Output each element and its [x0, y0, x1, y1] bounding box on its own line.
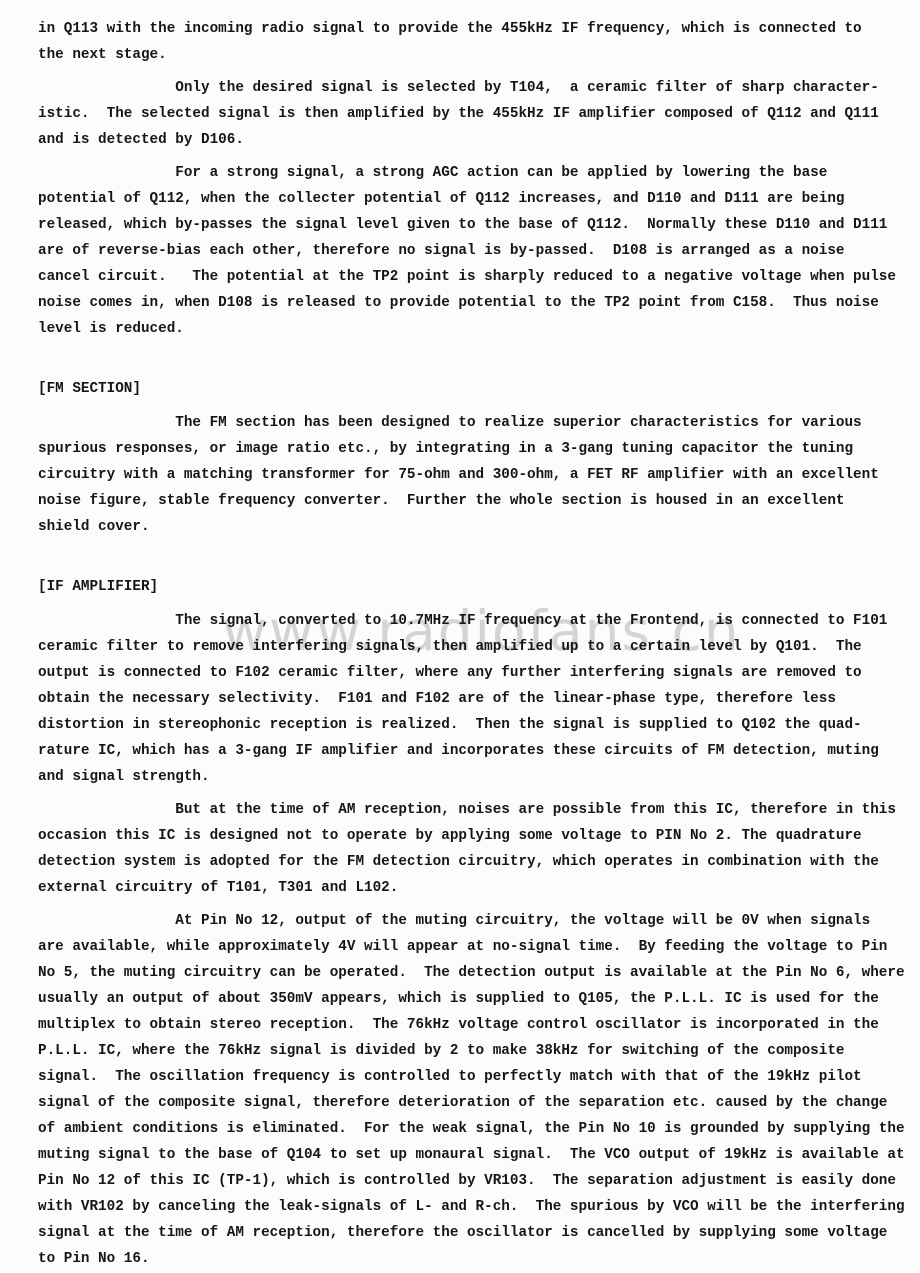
section-heading: [IF AMPLIFIER]: [38, 574, 920, 600]
text-line: signal at the time of AM reception, ther…: [38, 1220, 920, 1246]
text-line: level is reduced.: [38, 316, 920, 342]
text-line: in Q113 with the incoming radio signal t…: [38, 16, 920, 42]
text-line: output is connected to F102 ceramic filt…: [38, 660, 920, 686]
paragraph: For a strong signal, a strong AGC action…: [38, 160, 920, 342]
text-line: of ambient conditions is eliminated. For…: [38, 1116, 920, 1142]
paragraph: The FM section has been designed to real…: [38, 410, 920, 540]
text-line: rature IC, which has a 3-gang IF amplifi…: [38, 738, 920, 764]
text-line: obtain the necessary selectivity. F101 a…: [38, 686, 920, 712]
paragraph: The signal, converted to 10.7MHz IF freq…: [38, 608, 920, 790]
text-line: At Pin No 12, output of the muting circu…: [38, 908, 920, 934]
text-line: multiplex to obtain stereo reception. Th…: [38, 1012, 920, 1038]
text-line: The signal, converted to 10.7MHz IF freq…: [38, 608, 920, 634]
text-line: signal. The oscillation frequency is con…: [38, 1064, 920, 1090]
text-line: noise figure, stable frequency converter…: [38, 488, 920, 514]
text-line: spurious responses, or image ratio etc.,…: [38, 436, 920, 462]
text-line: istic. The selected signal is then ampli…: [38, 101, 920, 127]
text-line: released, which by-passes the signal lev…: [38, 212, 920, 238]
section-heading: [FM SECTION]: [38, 376, 920, 402]
text-line: signal of the composite signal, therefor…: [38, 1090, 920, 1116]
text-line: the next stage.: [38, 42, 920, 68]
text-line: noise comes in, when D108 is released to…: [38, 290, 920, 316]
text-line: ceramic filter to remove interfering sig…: [38, 634, 920, 660]
paragraph: But at the time of AM reception, noises …: [38, 797, 920, 901]
document-content: in Q113 with the incoming radio signal t…: [38, 16, 920, 1272]
paragraph: Only the desired signal is selected by T…: [38, 75, 920, 153]
paragraph: At Pin No 12, output of the muting circu…: [38, 908, 920, 1272]
text-line: muting signal to the base of Q104 to set…: [38, 1142, 920, 1168]
text-line: with VR102 by canceling the leak-signals…: [38, 1194, 920, 1220]
text-line: are of reverse-bias each other, therefor…: [38, 238, 920, 264]
text-line: For a strong signal, a strong AGC action…: [38, 160, 920, 186]
text-line: are available, while approximately 4V wi…: [38, 934, 920, 960]
text-line: usually an output of about 350mV appears…: [38, 986, 920, 1012]
text-line: cancel circuit. The potential at the TP2…: [38, 264, 920, 290]
text-line: to Pin No 16.: [38, 1246, 920, 1272]
text-line: distortion in stereophonic reception is …: [38, 712, 920, 738]
text-line: No 5, the muting circuitry can be operat…: [38, 960, 920, 986]
document-page: www.radiofans.cn in Q113 with the incomi…: [0, 0, 920, 1273]
text-line: detection system is adopted for the FM d…: [38, 849, 920, 875]
text-line: and is detected by D106.: [38, 127, 920, 153]
text-line: and signal strength.: [38, 764, 920, 790]
text-line: P.L.L. IC, where the 76kHz signal is div…: [38, 1038, 920, 1064]
text-line: circuitry with a matching transformer fo…: [38, 462, 920, 488]
text-line: occasion this IC is designed not to oper…: [38, 823, 920, 849]
text-line: The FM section has been designed to real…: [38, 410, 920, 436]
text-line: external circuitry of T101, T301 and L10…: [38, 875, 920, 901]
text-line: potential of Q112, when the collecter po…: [38, 186, 920, 212]
text-line: Pin No 12 of this IC (TP-1), which is co…: [38, 1168, 920, 1194]
text-line: shield cover.: [38, 514, 920, 540]
paragraph: in Q113 with the incoming radio signal t…: [38, 16, 920, 68]
text-line: But at the time of AM reception, noises …: [38, 797, 920, 823]
text-line: Only the desired signal is selected by T…: [38, 75, 920, 101]
